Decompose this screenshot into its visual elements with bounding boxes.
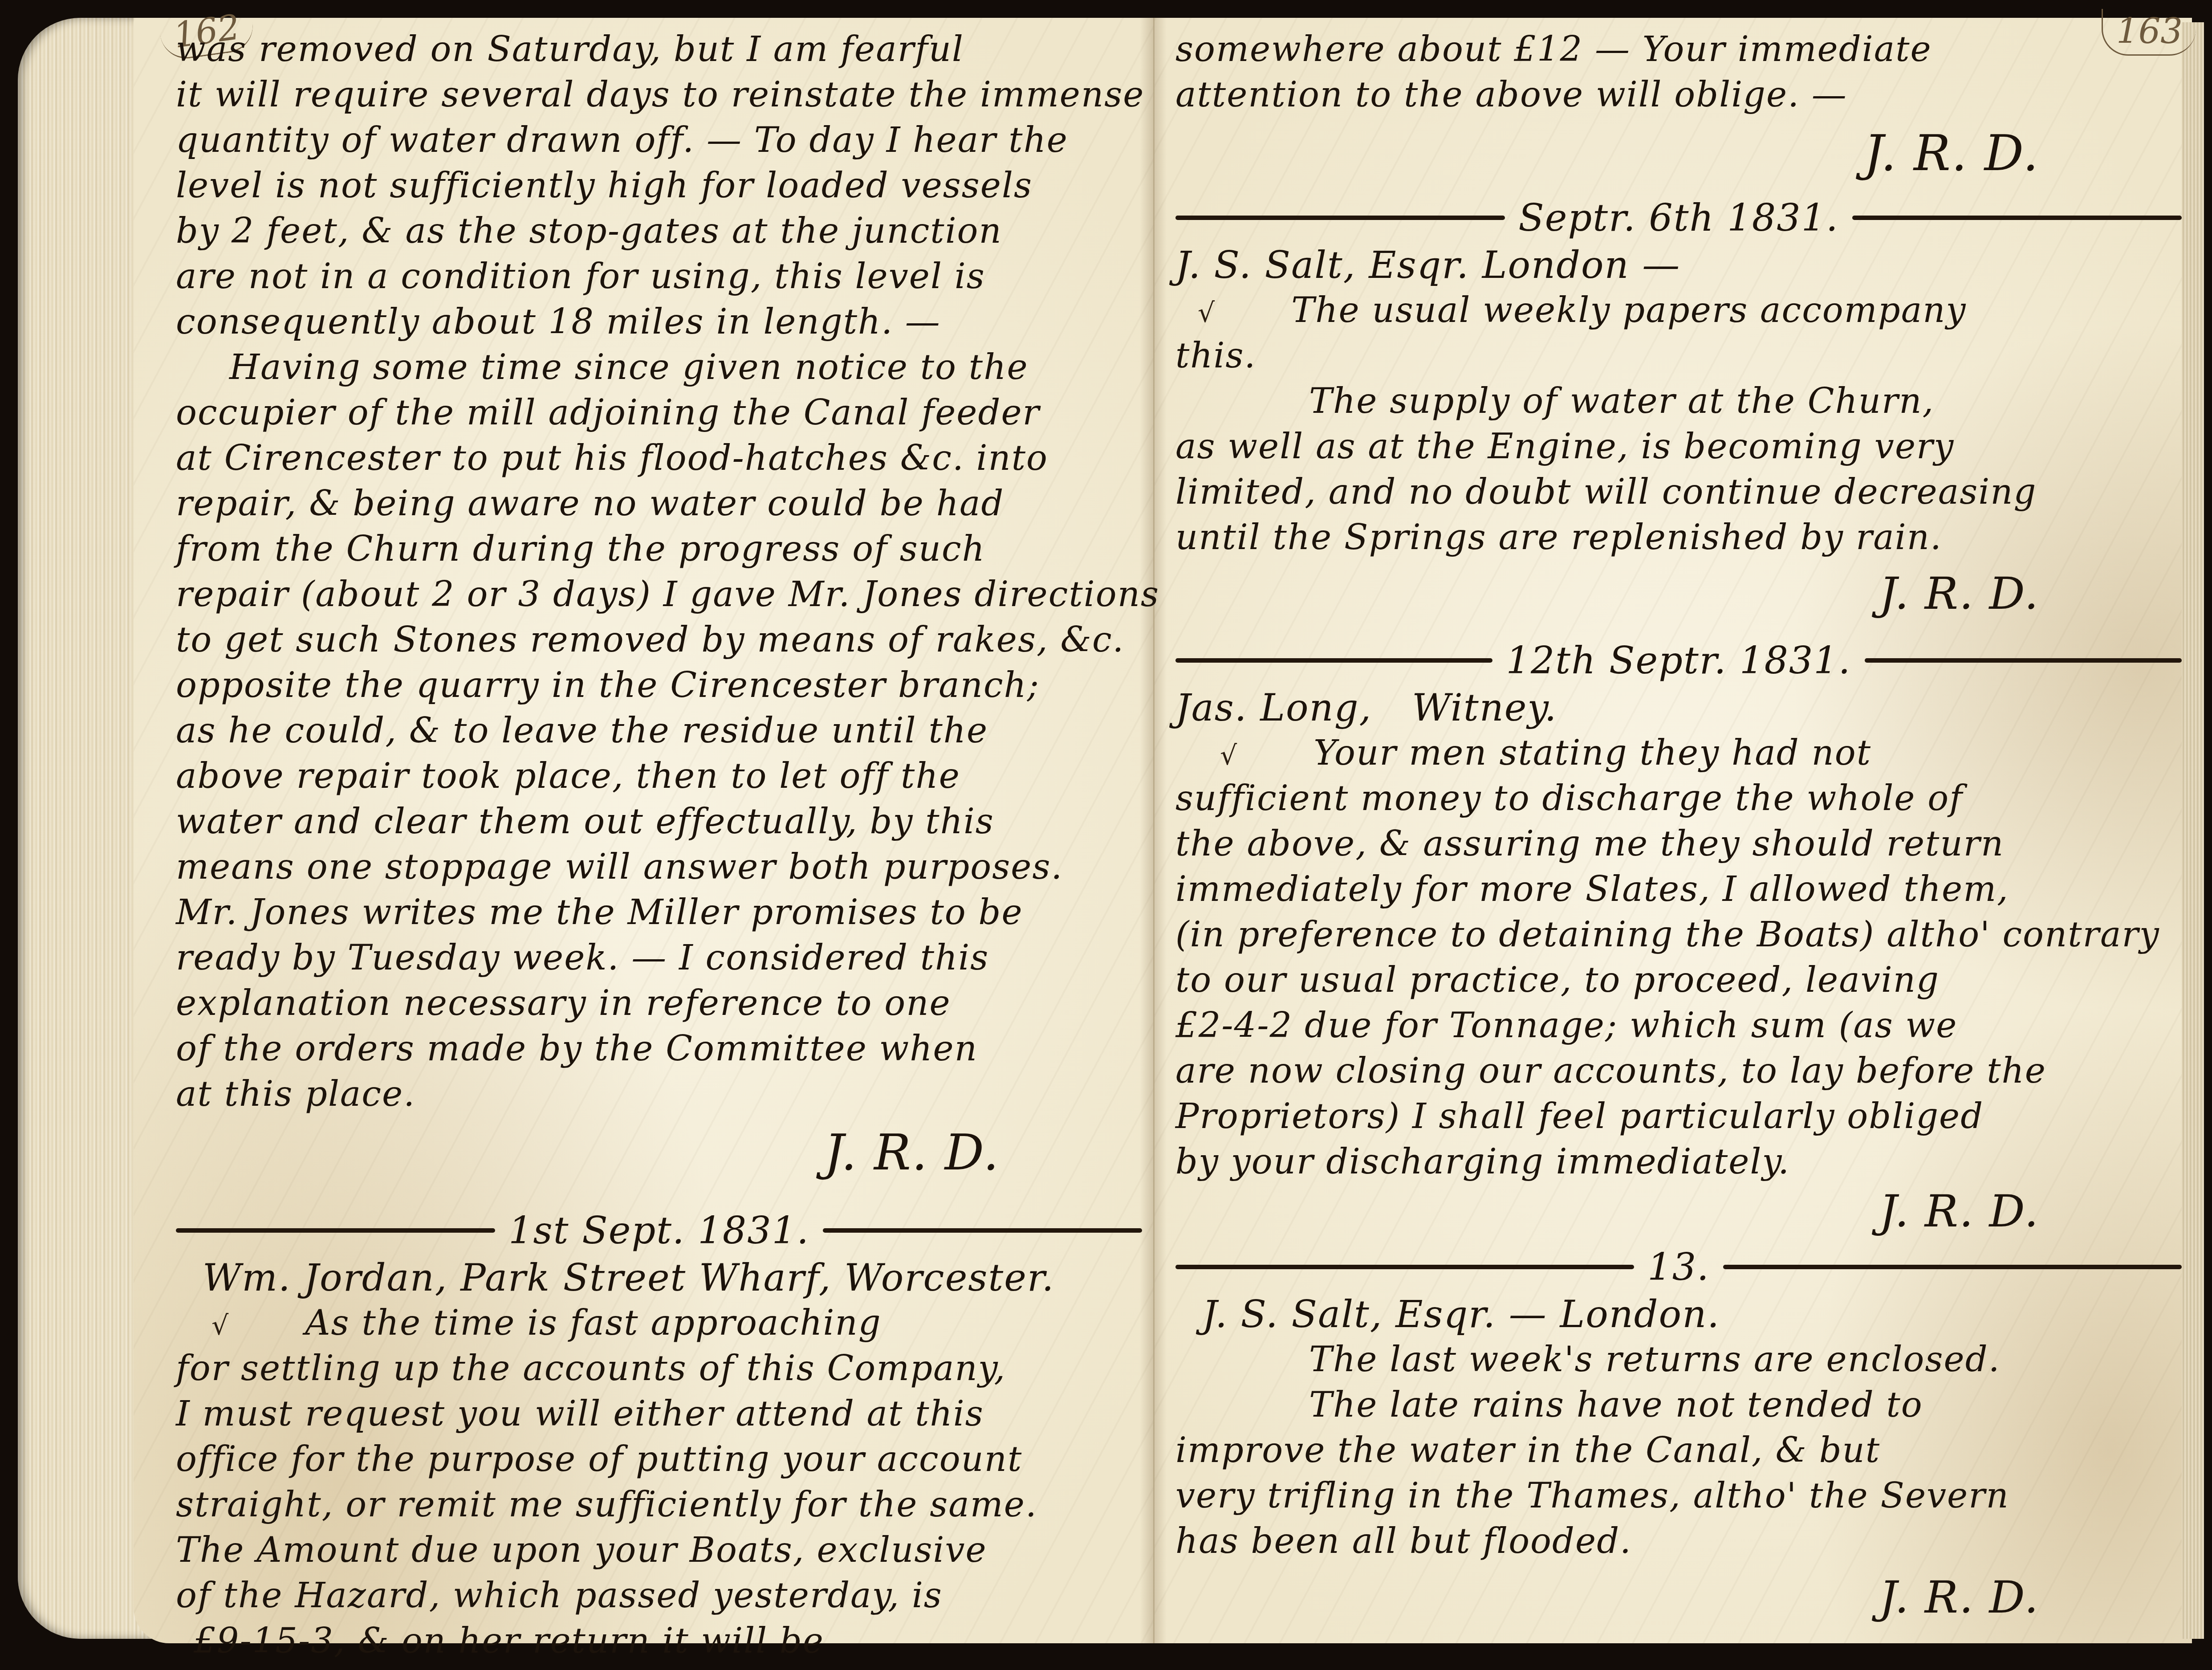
text-line: it will require several days to reinstat… [176,72,1142,118]
text-line: explanation necessary in reference to on… [176,981,1142,1026]
text-line: are now closing our accounts, to lay bef… [1175,1048,2182,1094]
text-line: Proprietors) I shall feel particularly o… [1175,1094,2182,1139]
divider-rule [823,1228,1142,1233]
text-line: opposite the quarry in the Cirencester b… [176,663,1142,708]
text-line: until the Springs are replenished by rai… [1175,515,2182,560]
text-line: quantity of water drawn off. — To day I … [176,118,1142,163]
addressee: Jas. Long,Witney. [1175,685,2182,730]
text-line: of the Hazard, which passed yesterday, i… [176,1573,1142,1618]
text-line: £9-15-3, & on her return it will be [176,1618,1142,1664]
text-line: √Your men stating they had not [1175,730,2182,776]
text-line: water and clear them out effectually, by… [176,799,1142,844]
text-line: √As the time is fast approaching [176,1300,1142,1346]
divider-rule [1175,658,1492,663]
text-line: at Cirencester to put his flood-hatches … [176,436,1142,481]
entry-date-heading: 1st Sept. 1831. [176,1206,1142,1255]
divider-rule [176,1228,495,1233]
text-line: office for the purpose of putting your a… [176,1437,1142,1482]
entry-date: Septr. 6th 1831. [1518,195,1839,240]
divider-rule [1175,1265,1634,1269]
text-line: the above, & assuring me they should ret… [1175,821,2182,867]
text-line: very trifling in the Thames, altho' the … [1175,1473,2182,1519]
left-page-text: was removed on Saturday, but I am fearfu… [176,27,1142,1664]
text-line: by your discharging immediately. [1175,1139,2182,1185]
text-line: of the orders made by the Committee when [176,1026,1142,1071]
signature: J. R. D. [1175,1185,2182,1242]
signature: J. R. D. [176,1117,1142,1206]
text-line: repair (about 2 or 3 days) I gave Mr. Jo… [176,572,1142,617]
addressee: J. S. Salt, Esqr. — London. [1175,1291,2182,1337]
text-line: are not in a condition for using, this l… [176,254,1142,299]
text-line: attention to the above will oblige. — [1175,72,2182,118]
text-fragment: As the time is fast approaching [305,1303,881,1343]
text-line: £2-4-2 due for Tonnage; which sum (as we [1175,1003,2182,1048]
text-line: level is not sufficiently high for loade… [176,163,1142,208]
paragraph-start-line: The late rains have not tended to [1175,1382,2182,1428]
text-line: sufficient money to discharge the whole … [1175,776,2182,821]
letter-book-spread: 162 163 was removed on Saturday, but I a… [0,0,2212,1670]
text-line: √The usual weekly papers accompany [1175,288,2182,333]
text-line: improve the water in the Canal, & but [1175,1428,2182,1473]
text-line: immediately for more Slates, I allowed t… [1175,867,2182,912]
text-line: at this place. [176,1071,1142,1117]
divider-rule [1175,216,1505,220]
text-line: limited, and no doubt will continue decr… [1175,469,2182,515]
check-mark-icon: √ [1220,740,1238,771]
entry-date: 12th Septr. 1831. [1506,638,1851,683]
text-line: by 2 feet, & as the stop-gates at the ju… [176,208,1142,254]
paragraph-start-line: Having some time since given notice to t… [176,345,1142,390]
text-line: this. [1175,333,2182,379]
page-edges-right [2182,22,2204,1639]
text-line: has been all but flooded. [1175,1519,2182,1564]
text-line: means one stoppage will answer both purp… [176,844,1142,890]
signature: J. R. D. [1175,118,2182,193]
text-line: Mr. Jones writes me the Miller promises … [176,890,1142,935]
entry-date-heading: Septr. 6th 1831. [1175,193,2182,242]
text-line: (in preference to detaining the Boats) a… [1175,912,2182,957]
check-mark-icon: √ [1198,297,1216,329]
paragraph-start-line: The last week's returns are enclosed. [1175,1337,2182,1382]
text-line: somewhere about £12 — Your immediate [1175,27,2182,72]
text-line: I must request you will either attend at… [176,1391,1142,1437]
check-mark-icon: √ [211,1310,229,1341]
entry-date-heading: 13. [1175,1242,2182,1291]
text-line: was removed on Saturday, but I am fearfu… [176,27,1142,72]
text-line: straight, or remit me sufficiently for t… [176,1482,1142,1527]
text-line: for settling up the accounts of this Com… [176,1346,1142,1391]
text-line: to get such Stones removed by means of r… [176,617,1142,663]
entry-date: 1st Sept. 1831. [508,1208,809,1253]
right-page-text: somewhere about £12 — Your immediate att… [1175,27,2182,1640]
divider-rule [1723,1265,2182,1269]
text-line: as he could, & to leave the residue unti… [176,708,1142,754]
addressee-name: Jas. Long, [1175,686,1372,729]
text-line: from the Churn during the progress of su… [176,526,1142,572]
text-line: occupier of the mill adjoining the Canal… [176,390,1142,436]
divider-rule [1865,658,2182,663]
text-line: as well as at the Engine, is becoming ve… [1175,424,2182,469]
text-line: consequently about 18 miles in length. — [176,299,1142,345]
addressee-place: Witney. [1412,686,1557,729]
entry-date-heading: 12th Septr. 1831. [1175,636,2182,685]
text-line: ready by Tuesday week. — I considered th… [176,935,1142,981]
addressee: J. S. Salt, Esqr. London — [1175,242,2182,288]
text-line: above repair took place, then to let off… [176,754,1142,799]
text-fragment: Your men stating they had not [1313,733,1871,773]
signature: J. R. D. [1175,560,2182,636]
text-line: to our usual practice, to proceed, leavi… [1175,957,2182,1003]
text-line: The Amount due upon your Boats, exclusiv… [176,1527,1142,1573]
divider-rule [1852,216,2182,220]
addressee: Wm. Jordan, Park Street Wharf, Worcester… [176,1255,1142,1300]
signature: J. R. D. [1175,1564,2182,1640]
book-gutter [1140,18,1167,1643]
text-fragment: The usual weekly papers accompany [1291,290,1966,330]
paragraph-start-line: The supply of water at the Churn, [1175,379,2182,424]
entry-date: 13. [1647,1244,1710,1290]
text-line: repair, & being aware no water could be … [176,481,1142,526]
